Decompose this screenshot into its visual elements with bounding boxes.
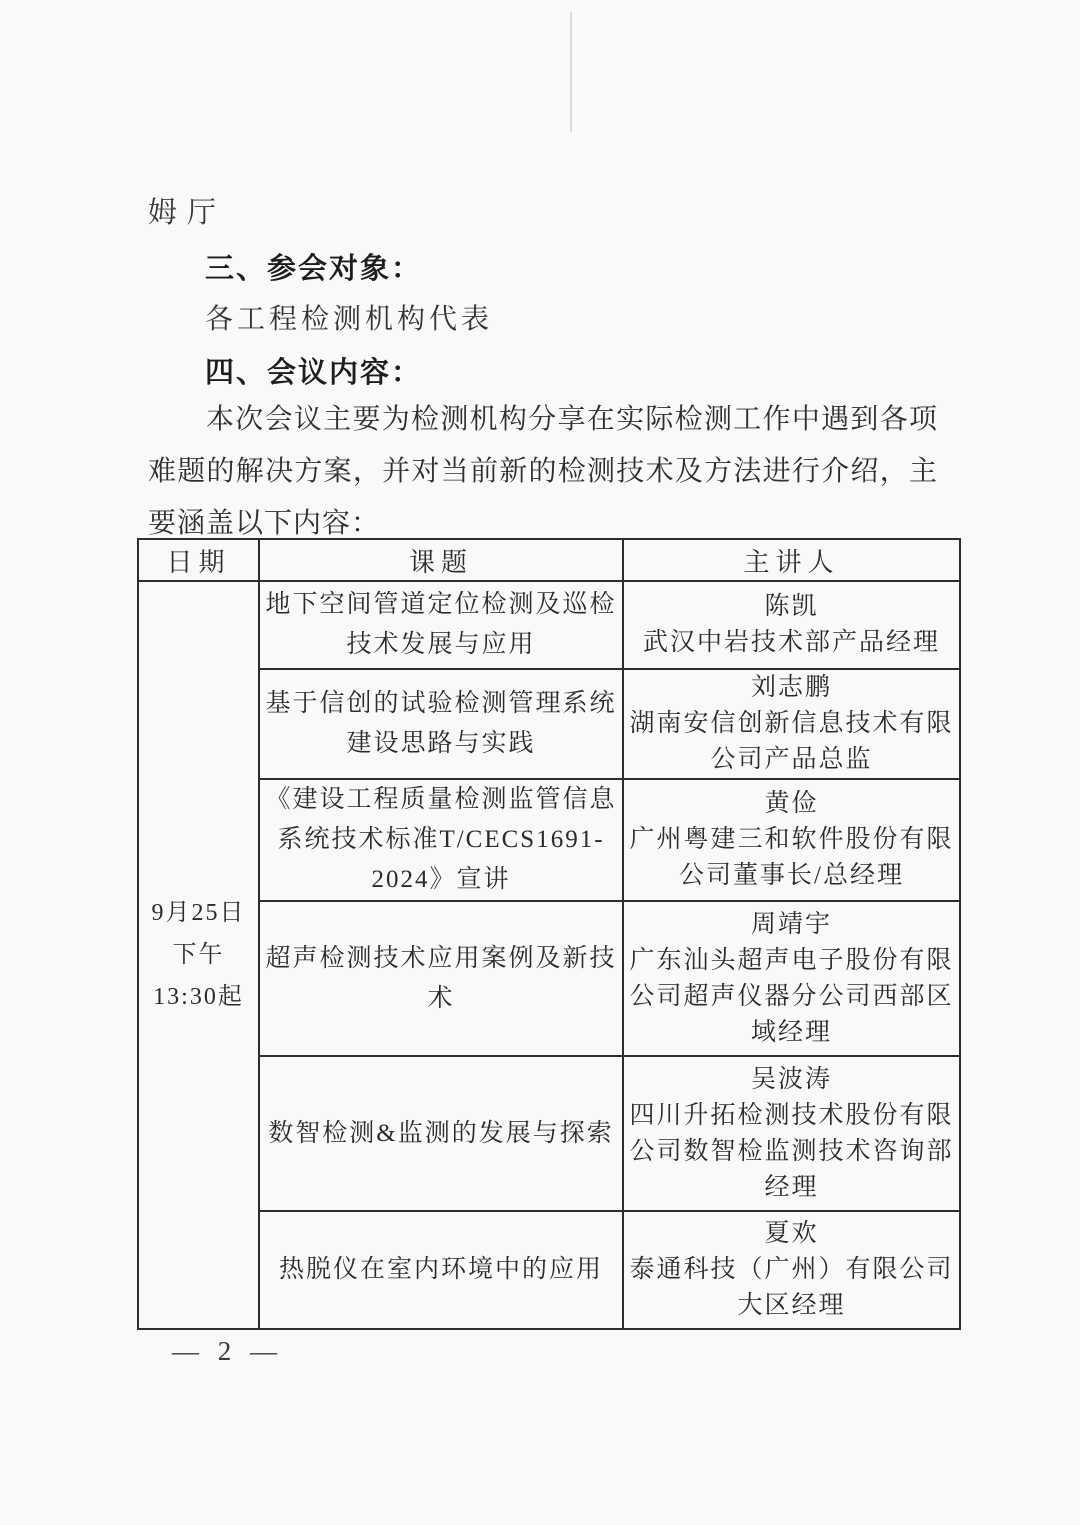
- topic-cell: 基于信创的试验检测管理系统建设思路与实践: [259, 669, 623, 779]
- carryover-text: 姆厅: [148, 190, 226, 231]
- date-line: 下午: [144, 934, 253, 976]
- speaker-cell: 周靖宇 广东汕头超声电子股份有限公司超声仪器分公司西部区域经理: [623, 901, 960, 1056]
- speaker-affiliation: 武汉中岩技术部产品经理: [629, 625, 954, 661]
- speaker-name: 吴波涛: [629, 1062, 954, 1098]
- topic-cell: 地下空间管道定位检测及巡检技术发展与应用: [259, 581, 623, 669]
- section-4-heading: 四、会议内容：: [205, 350, 422, 391]
- topic-cell: 数智检测&监测的发展与探索: [259, 1056, 623, 1211]
- speaker-cell: 刘志鹏 湖南安信创新信息技术有限公司产品总监: [623, 669, 960, 779]
- agenda-row: 超声检测技术应用案例及新技术 周靖宇 广东汕头超声电子股份有限公司超声仪器分公司…: [138, 901, 960, 1056]
- speaker-affiliation: 湖南安信创新信息技术有限公司产品总监: [629, 706, 954, 778]
- speaker-name: 夏欢: [629, 1216, 954, 1252]
- agenda-header-row: 日期 课题 主讲人: [138, 539, 960, 581]
- agenda-row: 9月25日 下午 13:30起 地下空间管道定位检测及巡检技术发展与应用 陈凯 …: [138, 581, 960, 669]
- scanned-document-page: 姆厅 三、参会对象： 各工程检测机构代表 四、会议内容： 本次会议主要为检测机构…: [0, 0, 1080, 1525]
- topic-cell: 超声检测技术应用案例及新技术: [259, 901, 623, 1056]
- section-3-heading: 三、参会对象：: [205, 246, 422, 287]
- agenda-table: 日期 课题 主讲人 9月25日 下午 13:30起 地下空间管道定位检测及巡检技…: [137, 538, 961, 1330]
- speaker-cell: 黄俭 广州粤建三和软件股份有限公司董事长/总经理: [623, 779, 960, 901]
- attendees-text: 各工程检测机构代表: [205, 297, 493, 337]
- page-number: — 2 —: [172, 1336, 283, 1367]
- speaker-name: 周靖宇: [629, 907, 954, 943]
- agenda-row: 《建设工程质量检测监管信息系统技术标准T/CECS1691-2024》宣讲 黄俭…: [138, 779, 960, 901]
- agenda-row: 数智检测&监测的发展与探索 吴波涛 四川升拓检测技术股份有限公司数智检监测技术咨…: [138, 1056, 960, 1211]
- column-header-date: 日期: [138, 539, 259, 581]
- column-header-topic: 课题: [259, 539, 623, 581]
- speaker-affiliation: 四川升拓检测技术股份有限公司数智检监测技术咨询部经理: [629, 1098, 954, 1206]
- speaker-cell: 吴波涛 四川升拓检测技术股份有限公司数智检监测技术咨询部经理: [623, 1056, 960, 1211]
- agenda-row: 基于信创的试验检测管理系统建设思路与实践 刘志鹏 湖南安信创新信息技术有限公司产…: [138, 669, 960, 779]
- speaker-name: 陈凯: [629, 589, 954, 625]
- topic-cell: 热脱仪在室内环境中的应用: [259, 1211, 623, 1329]
- date-line: 13:30起: [144, 976, 253, 1018]
- speaker-name: 黄俭: [629, 786, 954, 822]
- speaker-cell: 陈凯 武汉中岩技术部产品经理: [623, 581, 960, 669]
- column-header-speaker: 主讲人: [623, 539, 960, 581]
- meeting-content-paragraph: 本次会议主要为检测机构分享在实际检测工作中遇到各项难题的解决方案，并对当前新的检…: [148, 394, 938, 550]
- date-line: 9月25日: [144, 892, 253, 934]
- speaker-cell: 夏欢 泰通科技（广州）有限公司大区经理: [623, 1211, 960, 1329]
- agenda-row: 热脱仪在室内环境中的应用 夏欢 泰通科技（广州）有限公司大区经理: [138, 1211, 960, 1329]
- topic-cell: 《建设工程质量检测监管信息系统技术标准T/CECS1691-2024》宣讲: [259, 779, 623, 901]
- speaker-affiliation: 广东汕头超声电子股份有限公司超声仪器分公司西部区域经理: [629, 943, 954, 1051]
- fold-mark-line: [570, 12, 572, 132]
- speaker-name: 刘志鹏: [629, 670, 954, 706]
- date-cell: 9月25日 下午 13:30起: [138, 581, 259, 1329]
- speaker-affiliation: 泰通科技（广州）有限公司大区经理: [629, 1252, 954, 1324]
- speaker-affiliation: 广州粤建三和软件股份有限公司董事长/总经理: [629, 822, 954, 894]
